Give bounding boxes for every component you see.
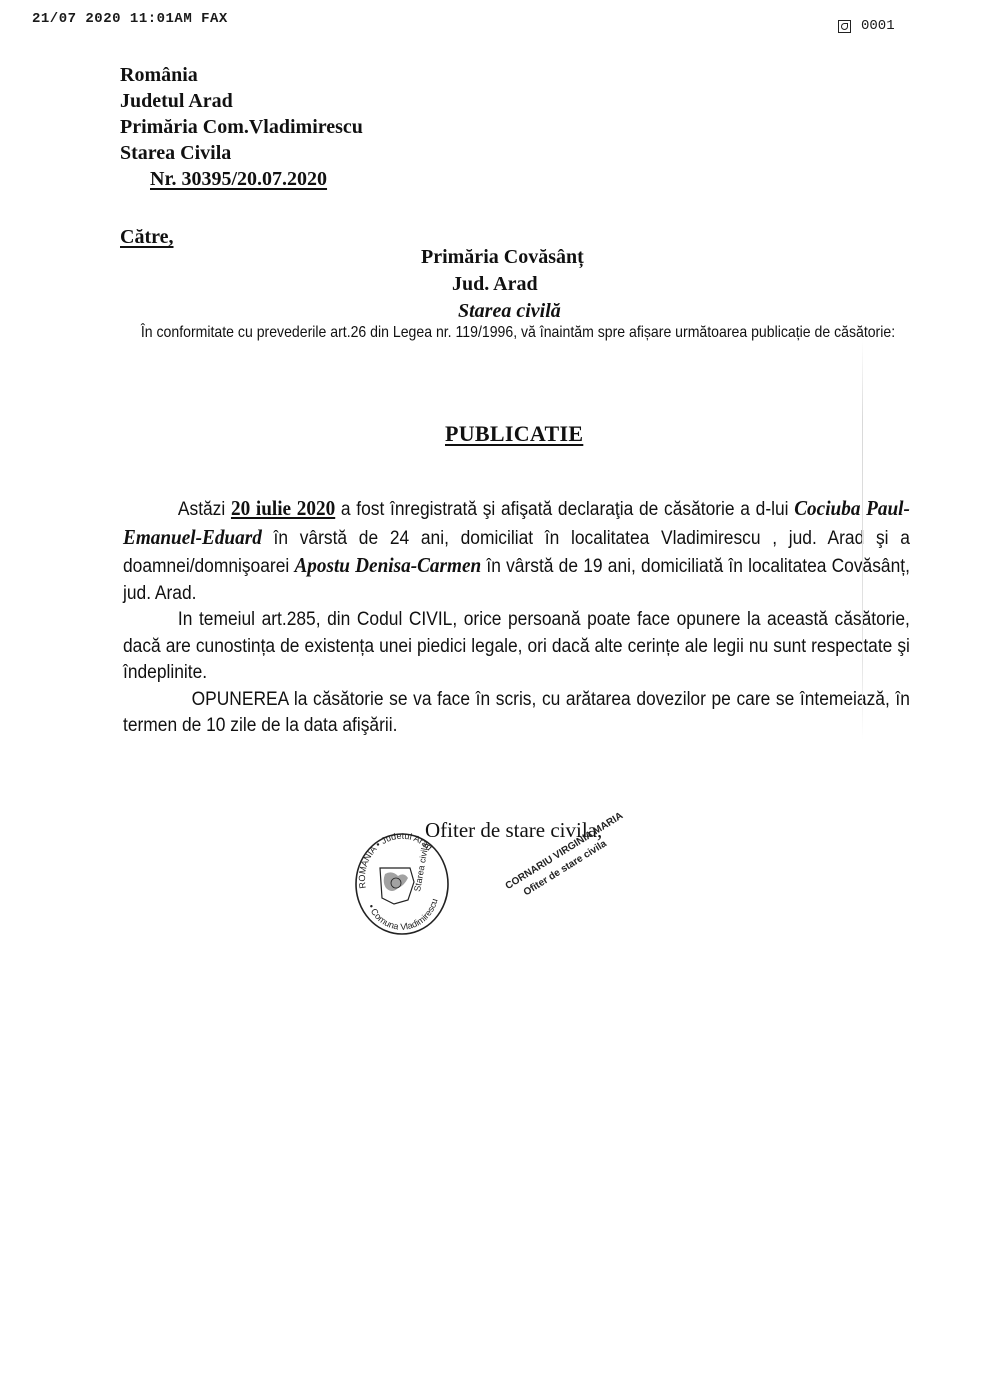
document-title: PUBLICATIE <box>445 421 583 447</box>
fax-page-icon <box>838 20 851 33</box>
officer-name-stamp: CORNARIU VIRGINIA MARIA Ofiter de stare … <box>488 800 638 900</box>
fax-page-indicator: 0001 <box>838 18 895 34</box>
sender-block: România Judetul Arad Primăria Com.Vladim… <box>120 62 363 192</box>
sender-country: România <box>120 62 363 88</box>
publication-body: Astăzi 20 iulie 2020 a fost înregistrată… <box>123 495 910 740</box>
salutation: Către, <box>120 226 174 249</box>
bride-name: Apostu Denisa-Carmen <box>294 553 481 577</box>
intro-paragraph: În conformitate cu prevederile art.26 di… <box>122 322 914 344</box>
official-round-seal: ROMANIA • Judetul Arad • Comuna Vladimir… <box>352 828 452 938</box>
coat-of-arms-icon <box>380 868 414 904</box>
fax-transmission-header: 21/07 2020 11:01AM FAX <box>32 11 228 27</box>
sender-institution: Primăria Com.Vladimirescu <box>120 114 363 140</box>
reference-number: Nr. 30395/20.07.2020 <box>120 166 363 192</box>
recipient-county: Jud. Arad <box>452 271 538 298</box>
legal-basis-paragraph: In temeiul art.285, din Codul CIVIL, ori… <box>123 607 910 687</box>
seal-inner-text: Starea civila <box>412 842 430 892</box>
text-segment: a fost înregistrată şi afişată declaraţi… <box>335 499 794 520</box>
opposition-paragraph: OPUNEREA la căsătorie se va face în scri… <box>123 687 910 740</box>
scan-artifact-line <box>862 340 863 740</box>
fax-page-number: 0001 <box>861 18 895 34</box>
registration-date: 20 iulie 2020 <box>231 496 335 520</box>
officer-name: CORNARIU VIRGINIA MARIA <box>504 810 625 892</box>
announcement-paragraph: Astăzi 20 iulie 2020 a fost înregistrată… <box>123 495 910 607</box>
recipient-department: Starea civilă <box>458 298 561 325</box>
sender-county: Judetul Arad <box>120 88 363 114</box>
sender-department: Starea Civila <box>120 140 363 166</box>
text-segment: Astăzi <box>178 499 231 520</box>
recipient-institution: Primăria Covăsânț <box>421 244 584 271</box>
